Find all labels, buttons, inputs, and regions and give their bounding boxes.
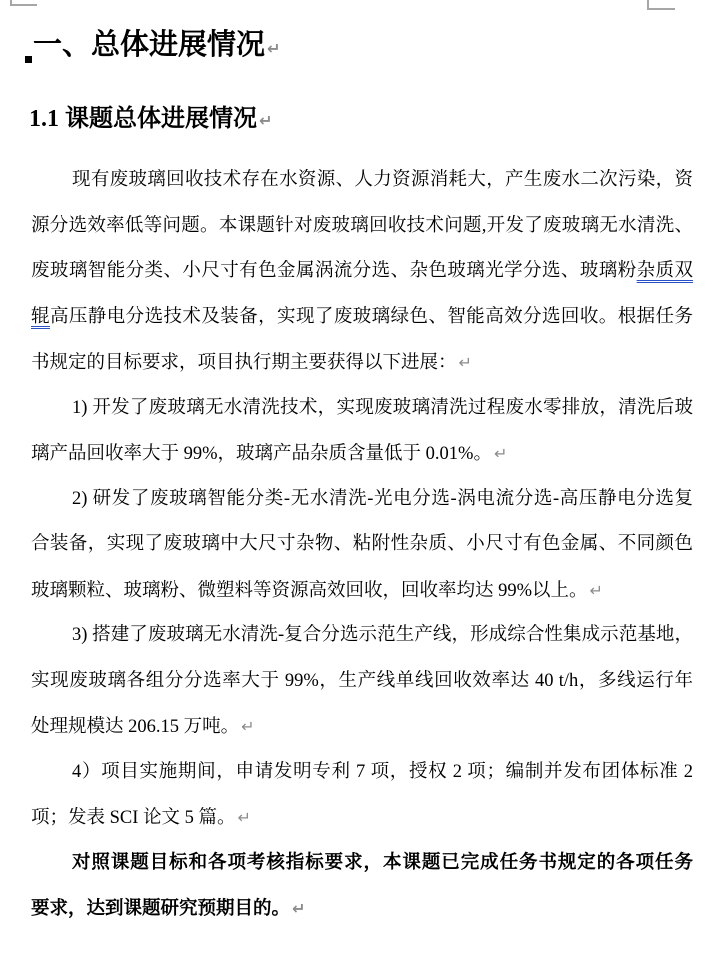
document-page: 一、总体进展情况↵ 1.1 课题总体进展情况↵ 现有废玻璃回收技术存在水资源、人…	[0, 0, 720, 977]
body-line: 项；发表 SCI 论文 5 篇。↵	[31, 795, 693, 841]
line-text: 合装备，实现了废玻璃中大尺寸杂物、粘附性杂质、小尺寸有色金属、不同颜色	[31, 534, 693, 554]
line-text: 项；发表 SCI 论文 5 篇。	[31, 808, 236, 828]
body-line: 3) 搭建了废玻璃无水清洗-复合分选示范生产线，形成综合性集成示范基地，	[31, 613, 693, 659]
line-text: 实现废玻璃各组分分选率大于 99%，生产线单线回收效率达 40 t/h，多线运行…	[31, 671, 693, 691]
body-line: 合装备，实现了废玻璃中大尺寸杂物、粘附性杂质、小尺寸有色金属、不同颜色	[31, 522, 693, 568]
paragraph-mark-icon: ↵	[267, 39, 280, 58]
body-line: 玻璃颗粒、玻璃粉、微塑料等资源高效回收，回收率均达 99%以上。↵	[31, 568, 693, 614]
body-line: 璃产品回收率大于 99%，玻璃产品杂质含量低于 0.01%。↵	[31, 431, 693, 477]
line-text: 现有废玻璃回收技术存在水资源、人力资源消耗大，产生废水二次污染，资	[72, 170, 693, 190]
line-text: 3) 搭建了废玻璃无水清洗-复合分选示范生产线，形成综合性集成示范基地，	[72, 625, 693, 645]
subsection-heading: 1.1 课题总体进展情况↵	[29, 104, 272, 136]
body-line: 源分选效率低等问题。本课题针对废玻璃回收技术问题,开发了废玻璃无水清洗、	[31, 204, 693, 250]
page-margin-mark-top-left-icon	[10, 0, 37, 6]
subsection-heading-text: 1.1 课题总体进展情况	[29, 106, 257, 132]
document-body: 现有废玻璃回收技术存在水资源、人力资源消耗大，产生废水二次污染，资 源分选效率低…	[31, 158, 693, 932]
line-text: 要求，达到课题研究预期目的。	[31, 899, 290, 919]
paragraph-mark-icon: ↵	[241, 717, 254, 736]
section-heading: 一、总体进展情况↵	[33, 28, 280, 66]
line-text: 高压静电分选技术及装备，实现了废玻璃绿色、智能高效分选回收。根据任务	[50, 307, 693, 327]
line-text: 废玻璃智能分类、小尺寸有色金属涡流分选、杂色玻璃光学分选、玻璃粉	[31, 261, 637, 281]
line-text: 玻璃颗粒、玻璃粉、微塑料等资源高效回收，回收率均达 99%以上。	[31, 581, 588, 601]
line-text: 书规定的目标要求，项目执行期主要获得以下进展：	[31, 353, 457, 373]
body-line: 1) 开发了废玻璃无水清洗技术，实现废玻璃清洗过程废水零排放，清洗后玻	[31, 386, 693, 432]
body-line: 书规定的目标要求，项目执行期主要获得以下进展：↵	[31, 340, 693, 386]
body-line: 辊高压静电分选技术及装备，实现了废玻璃绿色、智能高效分选回收。根据任务	[31, 295, 693, 341]
grammar-flagged-text: 辊	[31, 307, 50, 327]
line-text: 处理规模达 206.15 万吨。	[31, 717, 239, 737]
paragraph-mark-icon: ↵	[494, 444, 507, 463]
paragraph-mark-icon: ↵	[590, 581, 603, 600]
line-text: 源分选效率低等问题。本课题针对废玻璃回收技术问题,开发了废玻璃无水清洗、	[31, 216, 693, 236]
line-text: 1) 开发了废玻璃无水清洗技术，实现废玻璃清洗过程废水零排放，清洗后玻	[72, 398, 693, 418]
heading-anchor-square-icon	[25, 56, 32, 63]
body-line: 要求，达到课题研究预期目的。↵	[31, 886, 693, 932]
body-line: 实现废玻璃各组分分选率大于 99%，生产线单线回收效率达 40 t/h，多线运行…	[31, 659, 693, 705]
grammar-flagged-text: 杂质双	[637, 261, 693, 281]
paragraph-mark-icon: ↵	[292, 899, 305, 918]
line-text: 4）项目实施期间，申请发明专利 7 项，授权 2 项；编制并发布团体标准 2	[72, 762, 693, 782]
section-heading-text: 一、总体进展情况	[33, 29, 265, 61]
page-margin-mark-top-right-icon	[647, 0, 675, 10]
paragraph-mark-icon: ↵	[238, 808, 251, 827]
body-line: 4）项目实施期间，申请发明专利 7 项，授权 2 项；编制并发布团体标准 2	[31, 750, 693, 796]
body-line: 处理规模达 206.15 万吨。↵	[31, 704, 693, 750]
body-line: 废玻璃智能分类、小尺寸有色金属涡流分选、杂色玻璃光学分选、玻璃粉杂质双	[31, 249, 693, 295]
line-text: 璃产品回收率大于 99%，玻璃产品杂质含量低于 0.01%。	[31, 444, 492, 464]
body-line: 现有废玻璃回收技术存在水资源、人力资源消耗大，产生废水二次污染，资	[31, 158, 693, 204]
body-line: 2) 研发了废玻璃智能分类-无水清洗-光电分选-涡电流分选-高压静电分选复	[31, 477, 693, 523]
body-line: 对照课题目标和各项考核指标要求，本课题已完成任务书规定的各项任务	[31, 841, 693, 887]
paragraph-mark-icon: ↵	[259, 111, 272, 130]
line-text: 2) 研发了废玻璃智能分类-无水清洗-光电分选-涡电流分选-高压静电分选复	[72, 489, 693, 509]
paragraph-mark-icon: ↵	[459, 353, 472, 372]
line-text: 对照课题目标和各项考核指标要求，本课题已完成任务书规定的各项任务	[72, 853, 693, 873]
